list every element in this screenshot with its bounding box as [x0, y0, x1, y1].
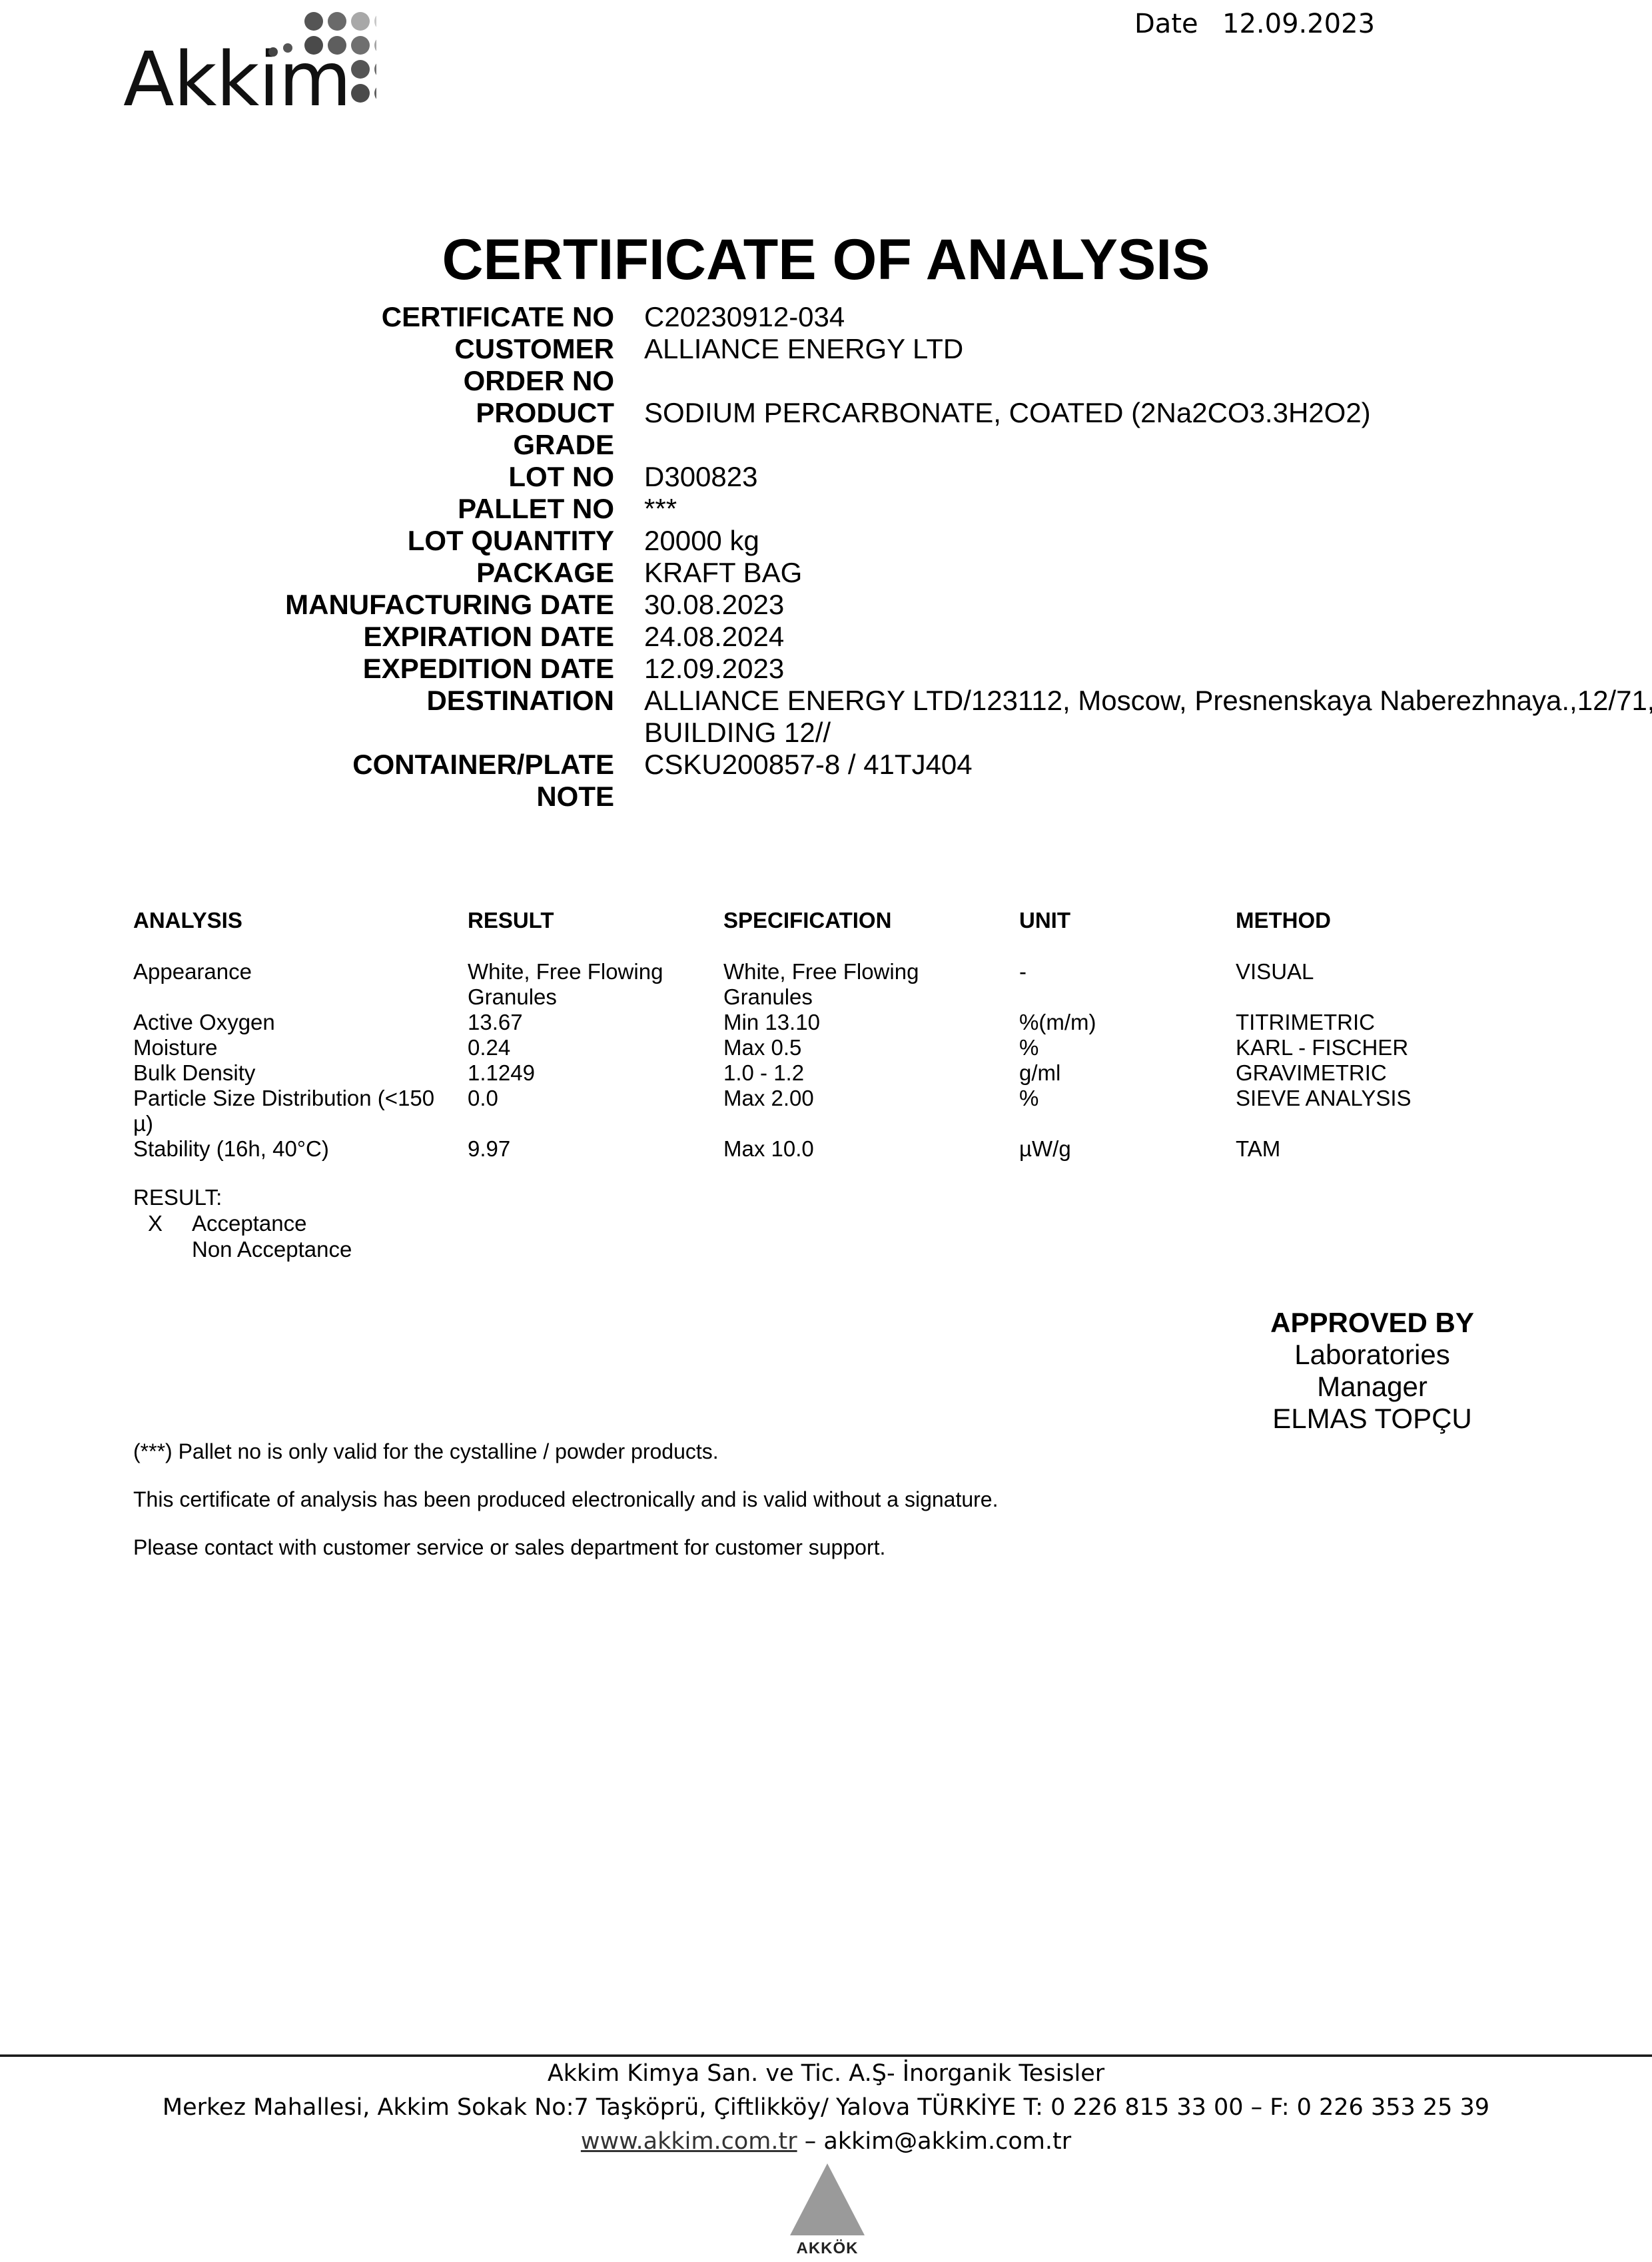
triangle-logo-icon	[781, 2161, 874, 2239]
info-row-order-no: ORDER NO	[0, 365, 1652, 397]
cell-result: 0.0	[468, 1086, 707, 1111]
cell-method: GRAVIMETRIC	[1236, 1060, 1569, 1086]
info-value: CSKU200857-8 / 41TJ404	[644, 749, 973, 781]
notes-section: (***) Pallet no is only valid for the cy…	[133, 1439, 998, 1583]
group-logo-text: AKKÖK	[781, 2239, 874, 2258]
cell-specification: 1.0 - 1.2	[723, 1060, 1003, 1086]
info-value: 12.09.2023	[644, 653, 784, 685]
date-label: Date	[1134, 7, 1222, 41]
table-row: Appearance White, Free Flowing Granules …	[133, 959, 1599, 1010]
info-row-customer: CUSTOMERALLIANCE ENERGY LTD	[0, 333, 1652, 365]
cell-specification: Max 0.5	[723, 1035, 1003, 1060]
info-row-expiration-date: EXPIRATION DATE24.08.2024	[0, 621, 1652, 653]
document-date: Date12.09.2023	[1134, 7, 1375, 41]
cell-result: 1.1249	[468, 1060, 707, 1086]
table-header: ANALYSIS RESULT SPECIFICATION UNIT METHO…	[133, 907, 1599, 934]
cell-unit: g/ml	[1019, 1060, 1219, 1086]
option-label: Non Acceptance	[192, 1236, 352, 1262]
table-row: Active Oxygen 13.67 Min 13.10 %(m/m) TIT…	[133, 1010, 1599, 1035]
cell-method: SIEVE ANALYSIS	[1236, 1086, 1569, 1111]
footer-separator: –	[797, 2128, 824, 2155]
cell-method: KARL - FISCHER	[1236, 1035, 1569, 1060]
info-label: CONTAINER/PLATE	[352, 749, 614, 781]
column-header-analysis: ANALYSIS	[133, 907, 453, 934]
cell-result: 9.97	[468, 1136, 707, 1162]
column-header-unit: UNIT	[1019, 907, 1219, 934]
info-row-note: NOTE	[0, 781, 1652, 813]
info-value: 30.08.2023	[644, 589, 784, 621]
page-title: CERTIFICATE OF ANALYSIS	[0, 226, 1652, 293]
footer: Akkim Kimya San. ve Tic. A.Ş- İnorganik …	[0, 2057, 1652, 2159]
cell-analysis: Particle Size Distribution (<150 µ)	[133, 1086, 446, 1136]
result-section: RESULT: X Acceptance Non Acceptance	[133, 1184, 222, 1262]
info-label: PRODUCT	[476, 397, 614, 429]
info-row-product: PRODUCTSODIUM PERCARBONATE, COATED (2Na2…	[0, 397, 1652, 429]
table-row: Moisture 0.24 Max 0.5 % KARL - FISCHER	[133, 1035, 1599, 1060]
approved-heading: APPROVED BY	[1239, 1307, 1505, 1339]
cell-specification: Max 10.0	[723, 1136, 1003, 1162]
approver-department: Laboratories	[1239, 1339, 1505, 1371]
date-value: 12.09.2023	[1222, 9, 1375, 39]
website-link[interactable]: www.akkim.com.tr	[581, 2128, 797, 2155]
footer-address: Merkez Mahallesi, Akkim Sokak No:7 Taşkö…	[0, 2091, 1652, 2125]
checked-mark-icon: X	[148, 1210, 163, 1236]
approver-name: ELMAS TOPÇU	[1239, 1403, 1505, 1435]
cell-method: TAM	[1236, 1136, 1569, 1162]
info-label: LOT NO	[508, 461, 614, 493]
cell-analysis: Bulk Density	[133, 1060, 453, 1086]
info-label: EXPIRATION DATE	[364, 621, 614, 653]
info-value-line2: BUILDING 12//	[644, 717, 831, 749]
column-header-result: RESULT	[468, 907, 707, 934]
info-value: 24.08.2024	[644, 621, 784, 653]
cell-result: White, Free Flowing Granules	[468, 959, 681, 1010]
cell-unit: µW/g	[1019, 1136, 1219, 1162]
approval-block: APPROVED BY Laboratories Manager ELMAS T…	[1239, 1307, 1505, 1435]
footer-contact: www.akkim.com.tr – akkim@akkim.com.tr	[0, 2125, 1652, 2159]
cell-unit: %(m/m)	[1019, 1010, 1219, 1035]
info-label: MANUFACTURING DATE	[285, 589, 614, 621]
info-row-container-plate: CONTAINER/PLATECSKU200857-8 / 41TJ404	[0, 749, 1652, 781]
info-label: EXPEDITION DATE	[363, 653, 614, 685]
info-value: 20000 kg	[644, 525, 759, 557]
info-label: CUSTOMER	[454, 333, 614, 365]
cell-unit: %	[1019, 1035, 1219, 1060]
info-row-destination: DESTINATION ALLIANCE ENERGY LTD/123112, …	[0, 685, 1652, 749]
footer-company: Akkim Kimya San. ve Tic. A.Ş- İnorganik …	[0, 2057, 1652, 2091]
table-row: Bulk Density 1.1249 1.0 - 1.2 g/ml GRAVI…	[133, 1060, 1599, 1086]
result-label: RESULT:	[133, 1184, 222, 1210]
cell-specification: Min 13.10	[723, 1010, 1003, 1035]
cell-result: 13.67	[468, 1010, 707, 1035]
info-label: PACKAGE	[476, 557, 614, 589]
info-value: KRAFT BAG	[644, 557, 802, 589]
info-label: GRADE	[513, 429, 614, 461]
cell-specification: Max 2.00	[723, 1086, 1003, 1111]
approver-role: Manager	[1239, 1371, 1505, 1403]
company-logo: Akkim	[123, 9, 376, 109]
result-option-non-acceptance: Non Acceptance	[133, 1236, 222, 1262]
info-value: ***	[644, 493, 677, 525]
info-label: LOT QUANTITY	[408, 525, 614, 557]
info-row-lot-no: LOT NOD300823	[0, 461, 1652, 493]
info-value: ALLIANCE ENERGY LTD	[644, 333, 963, 365]
cell-analysis: Active Oxygen	[133, 1010, 453, 1035]
info-label: PALLET NO	[458, 493, 614, 525]
table-row: Particle Size Distribution (<150 µ) 0.0 …	[133, 1086, 1599, 1136]
group-logo: AKKÖK	[781, 2161, 874, 2262]
column-header-specification: SPECIFICATION	[723, 907, 1003, 934]
cell-method: TITRIMETRIC	[1236, 1010, 1569, 1035]
cell-specification: White, Free Flowing Granules	[723, 959, 937, 1010]
cell-result: 0.24	[468, 1035, 707, 1060]
analysis-table: ANALYSIS RESULT SPECIFICATION UNIT METHO…	[133, 907, 1599, 1162]
info-row-lot-quantity: LOT QUANTITY20000 kg	[0, 525, 1652, 557]
logo-dots-icon	[123, 9, 376, 109]
info-value: D300823	[644, 461, 757, 493]
info-label: CERTIFICATE NO	[382, 301, 614, 333]
table-row: Stability (16h, 40°C) 9.97 Max 10.0 µW/g…	[133, 1136, 1599, 1162]
cell-analysis: Stability (16h, 40°C)	[133, 1136, 453, 1162]
info-row-manufacturing-date: MANUFACTURING DATE30.08.2023	[0, 589, 1652, 621]
info-label: ORDER NO	[464, 365, 614, 397]
info-row-expedition-date: EXPEDITION DATE12.09.2023	[0, 653, 1652, 685]
cell-analysis: Appearance	[133, 959, 453, 984]
certificate-info: CERTIFICATE NOC20230912-034 CUSTOMERALLI…	[0, 301, 1652, 813]
cell-analysis: Moisture	[133, 1035, 453, 1060]
cell-method: VISUAL	[1236, 959, 1569, 984]
info-value: C20230912-034	[644, 301, 845, 333]
cell-unit: -	[1019, 959, 1219, 984]
cell-unit: %	[1019, 1086, 1219, 1111]
info-row-package: PACKAGEKRAFT BAG	[0, 557, 1652, 589]
note-pallet: (***) Pallet no is only valid for the cy…	[133, 1439, 998, 1464]
info-label: NOTE	[536, 781, 614, 813]
info-row-pallet-no: PALLET NO***	[0, 493, 1652, 525]
option-label: Acceptance	[192, 1210, 306, 1236]
result-option-acceptance: X Acceptance	[133, 1210, 222, 1236]
info-value: SODIUM PERCARBONATE, COATED (2Na2CO3.3H2…	[644, 397, 1371, 429]
info-row-certificate-no: CERTIFICATE NOC20230912-034	[0, 301, 1652, 333]
footer-email: akkim@akkim.com.tr	[823, 2128, 1071, 2155]
note-electronic-certificate: This certificate of analysis has been pr…	[133, 1487, 998, 1512]
info-label: DESTINATION	[426, 685, 614, 717]
column-header-method: METHOD	[1236, 907, 1569, 934]
info-row-grade: GRADE	[0, 429, 1652, 461]
note-contact: Please contact with customer service or …	[133, 1535, 998, 1560]
info-value: ALLIANCE ENERGY LTD/123112, Moscow, Pres…	[644, 685, 1652, 717]
